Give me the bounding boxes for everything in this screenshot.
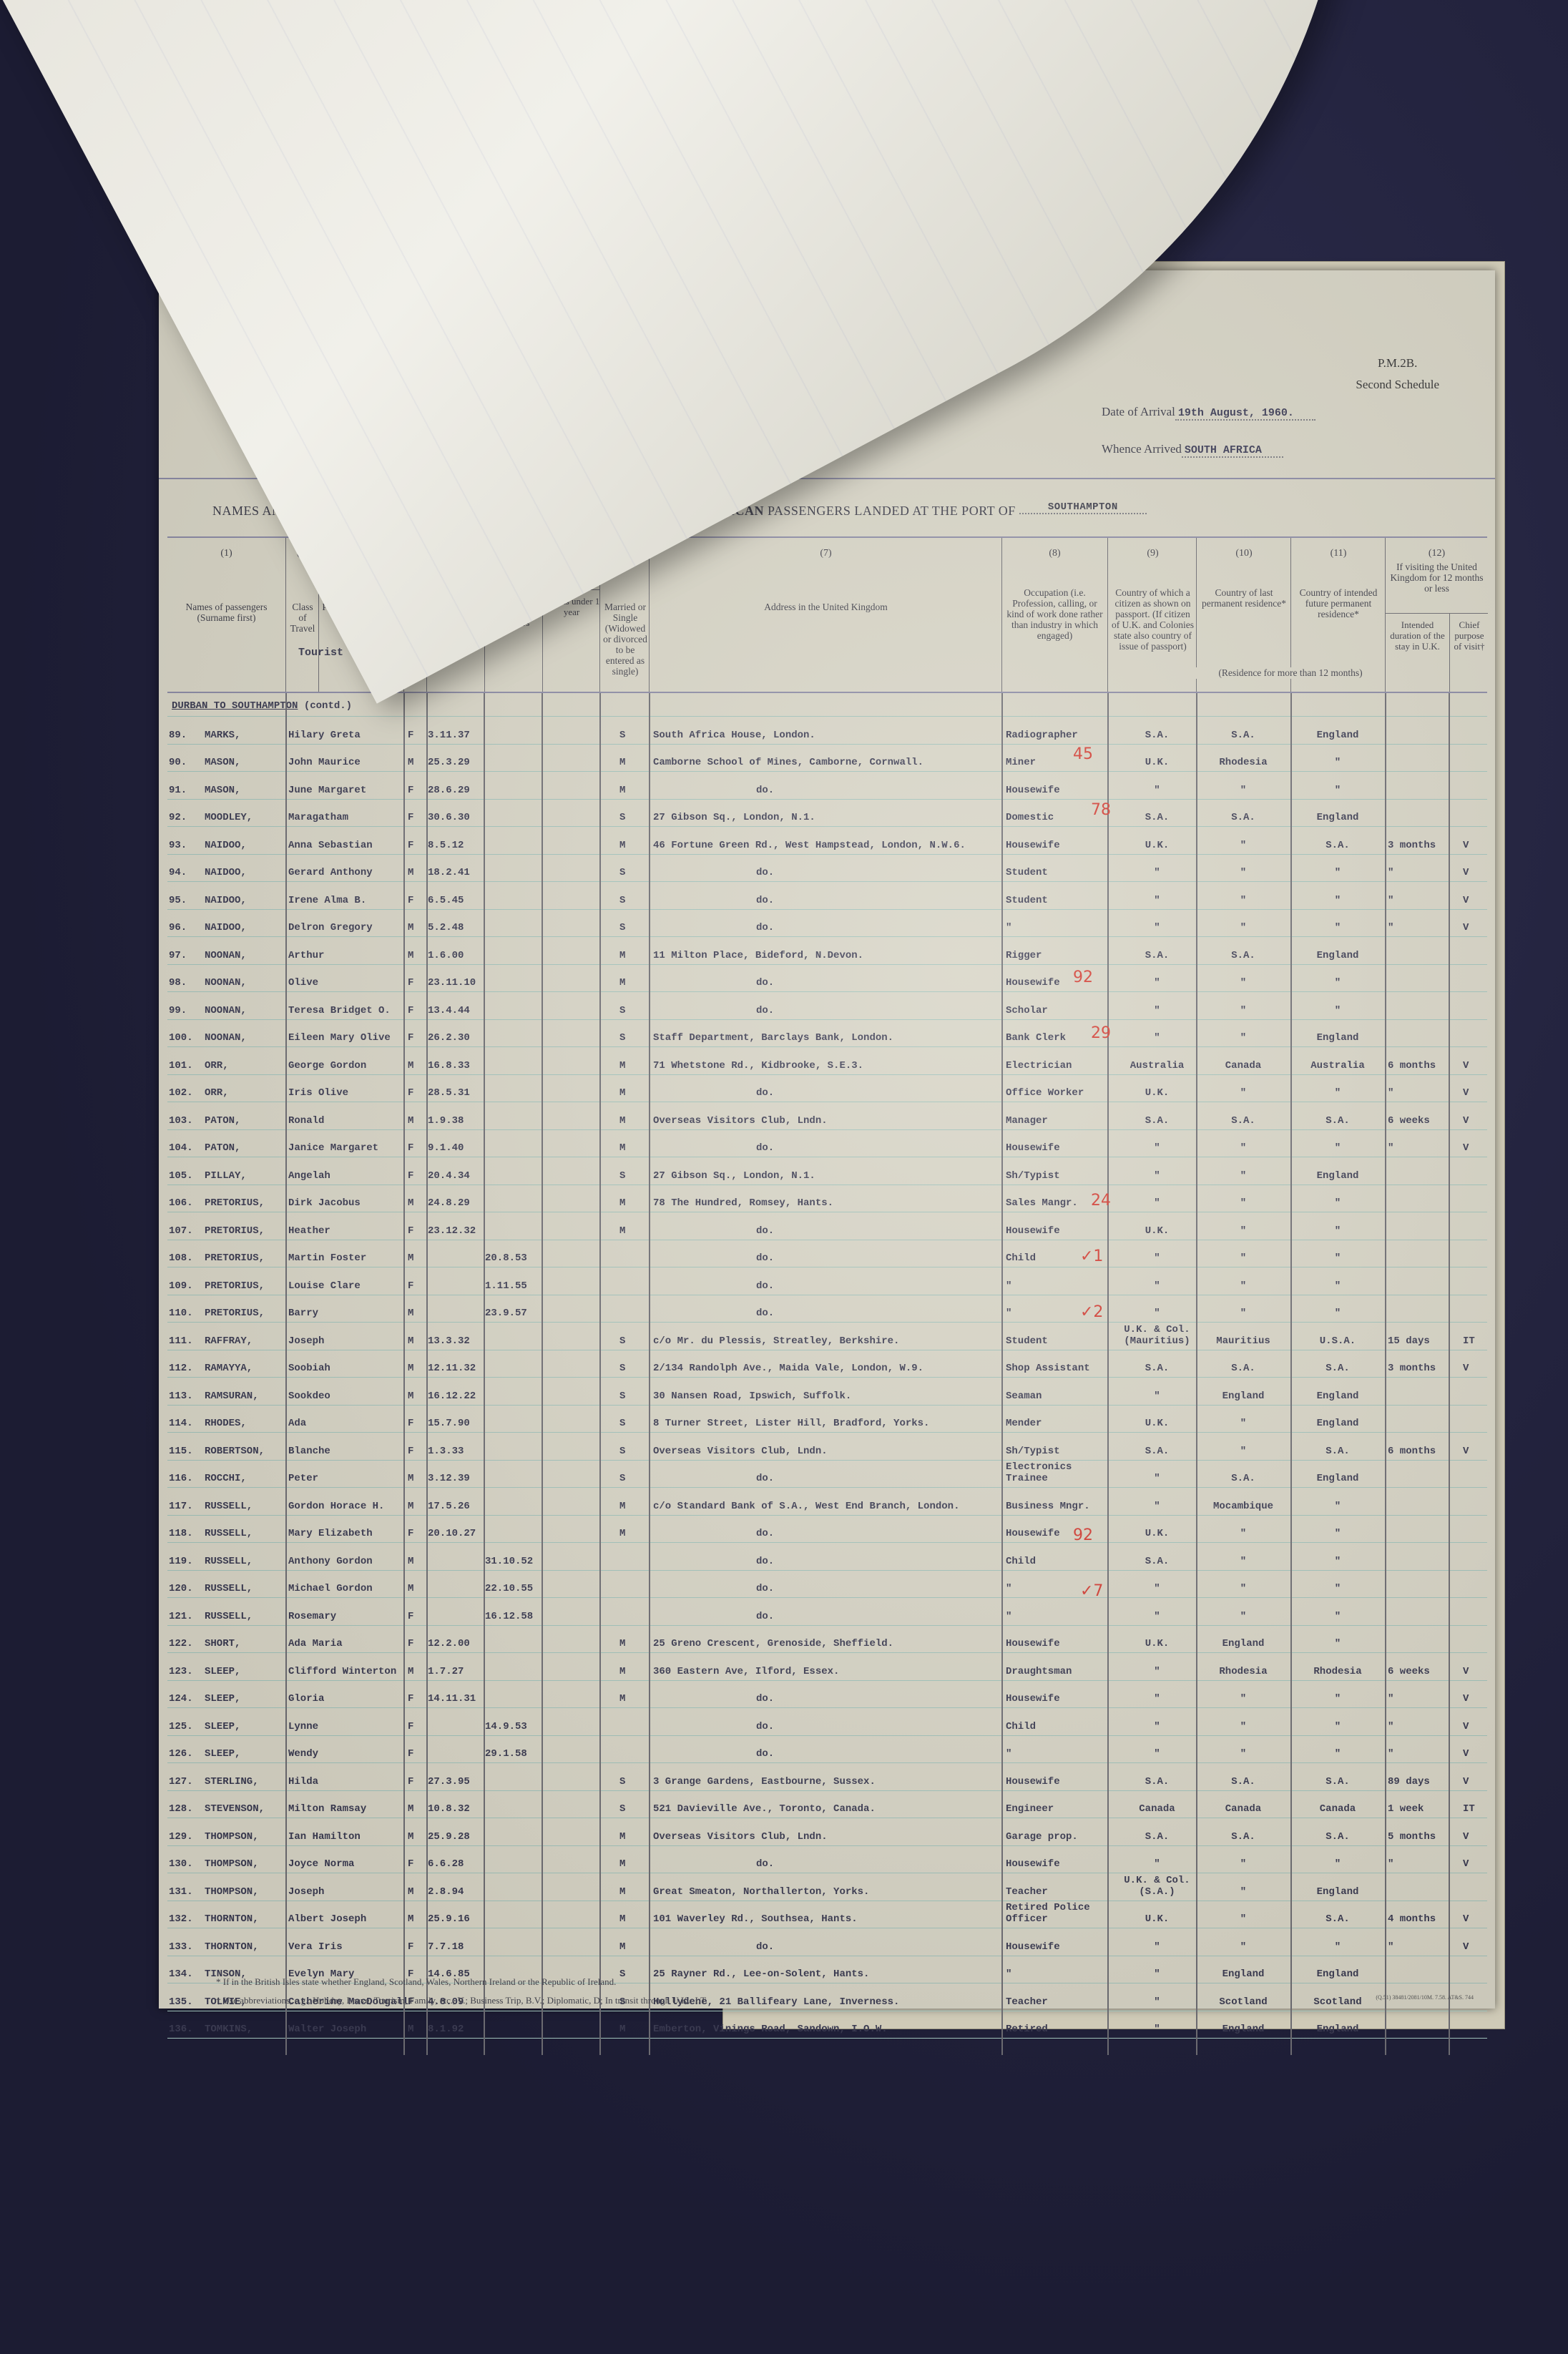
cell-future-res: S.A.: [1290, 1363, 1385, 1374]
cell-address: 11 Milton Place, Bideford, N.Devon.: [653, 950, 1000, 961]
cell-address: Overseas Visitors Club, Lndn.: [653, 1446, 1000, 1457]
cell-citizen: ": [1114, 1252, 1200, 1264]
cell-citizen: ": [1114, 1005, 1200, 1016]
cell-sex: F: [408, 1941, 413, 1953]
cell-status: S: [619, 895, 625, 906]
cell-future-res: England: [1290, 1391, 1385, 1402]
cell-last-res: Canada: [1196, 1803, 1290, 1815]
cell-sex: F: [408, 1170, 413, 1182]
cell-address: 71 Whetstone Rd., Kidbrooke, S.E.3.: [653, 1060, 1000, 1071]
cell-status: M: [619, 1087, 625, 1099]
cell-given: Hilary Greta: [288, 730, 361, 741]
cell-occupation: Mender: [1006, 1418, 1107, 1429]
cell-last-res: S.A.: [1196, 1776, 1290, 1787]
cell-adult: 5.2.48: [428, 922, 464, 933]
cell-address: 360 Eastern Ave, Ilford, Essex.: [653, 1666, 1000, 1677]
cell-occupation: Electrician: [1006, 1060, 1107, 1071]
table-body: DURBAN TO SOUTHAMPTON (contd.) 89.MARKS,…: [167, 693, 1487, 2039]
cell-occupation: Housewife: [1006, 1776, 1107, 1787]
cell-sex: F: [408, 840, 413, 851]
passenger-row: 101.ORR,George GordonM16.8.33M71 Whetsto…: [167, 1047, 1487, 1075]
cell-citizen: U.K.: [1114, 1087, 1200, 1099]
cell-surname: NAIDOO,: [205, 922, 247, 933]
cell-last-res: ": [1196, 785, 1290, 796]
cell-future-res: Rhodesia: [1290, 1666, 1385, 1677]
cell-no: 109.: [169, 1280, 193, 1292]
cell-citizen: ": [1114, 1197, 1200, 1209]
cell-citizen: U.K.: [1114, 1913, 1200, 1925]
passenger-row: 122.SHORT,Ada MariaF12.2.00M25 Greno Cre…: [167, 1626, 1487, 1654]
column-divider: [426, 693, 428, 2055]
cell-address: South Africa House, London.: [653, 730, 1000, 741]
cell-future-res: England: [1290, 1968, 1385, 1980]
passenger-row: 114.RHODES,AdaF15.7.90S8 Turner Street, …: [167, 1406, 1487, 1433]
cell-status: M: [619, 1528, 625, 1539]
cell-no: 133.: [169, 1941, 193, 1953]
cell-given: Anthony Gordon: [288, 1556, 373, 1567]
cell-given: Louise Clare: [288, 1280, 361, 1292]
cell-occupation: Rigger: [1006, 950, 1107, 961]
cell-given: Iris Olive: [288, 1087, 348, 1099]
cell-occupation: Electronics Trainee: [1006, 1461, 1107, 1484]
cell-duration: 1 week: [1388, 1803, 1449, 1815]
cell-adult: 1.6.00: [428, 950, 464, 961]
cell-adult: 16.12.22: [428, 1391, 476, 1402]
cell-citizen: S.A.: [1114, 1831, 1200, 1843]
cell-purpose: V: [1463, 1831, 1487, 1843]
cell-surname: NAIDOO,: [205, 867, 247, 878]
cell-status: S: [619, 922, 625, 933]
cell-citizen: U.K. & Col. (Mauritius): [1114, 1324, 1200, 1347]
cell-no: 135.: [169, 1996, 193, 2008]
cell-no: 124.: [169, 1693, 193, 1705]
passenger-row: 133.THORNTON,Vera IrisF7.7.18Mdo.Housewi…: [167, 1928, 1487, 1956]
cell-address: 3 Grange Gardens, Eastbourne, Sussex.: [653, 1776, 1000, 1787]
cell-status: M: [619, 1060, 625, 1071]
cell-duration: 15 days: [1388, 1335, 1449, 1347]
cell-last-res: ": [1196, 1748, 1290, 1760]
cell-sex: M: [408, 1886, 413, 1898]
cell-no: 134.: [169, 1968, 193, 1980]
cell-future-res: ": [1290, 785, 1385, 796]
column-divider: [1290, 693, 1292, 2055]
cell-sex: M: [408, 1501, 413, 1512]
cell-last-res: ": [1196, 1611, 1290, 1622]
cell-future-res: ": [1290, 977, 1385, 989]
cell-sex: M: [408, 1556, 413, 1567]
cell-given: Delron Gregory: [288, 922, 373, 933]
passenger-row: 128.STEVENSON,Milton RamsayM10.8.32S521 …: [167, 1791, 1487, 1819]
cell-occupation: ": [1006, 1280, 1107, 1292]
cell-status: M: [619, 2024, 625, 2035]
red-annotation: ✓2: [1080, 1303, 1103, 1321]
cell-status: M: [619, 1115, 625, 1127]
cell-future-res: ": [1290, 1721, 1385, 1732]
cell-child: 1.11.55: [485, 1280, 527, 1292]
cell-occupation: Draughtsman: [1006, 1666, 1107, 1677]
column-divider: [403, 693, 405, 2055]
cell-no: 121.: [169, 1611, 193, 1622]
cell-citizen: ": [1114, 1391, 1200, 1402]
cell-status: S: [619, 1170, 625, 1182]
cell-duration: ": [1388, 1693, 1449, 1705]
cell-future-res: ": [1290, 867, 1385, 878]
cell-future-res: ": [1290, 757, 1385, 768]
cell-purpose: V: [1463, 1115, 1487, 1127]
column-header-8: (8)Occupation (i.e. Profession, calling,…: [1001, 538, 1107, 692]
red-annotation: 92: [1073, 968, 1093, 986]
cell-purpose: V: [1463, 1666, 1487, 1677]
passenger-row: 129.THOMPSON,Ian HamiltonM25.9.28MOverse…: [167, 1818, 1487, 1846]
cell-future-res: England: [1290, 2024, 1385, 2035]
cell-sex: M: [408, 1363, 413, 1374]
cell-duration: 89 days: [1388, 1776, 1449, 1787]
cell-adult: 23.12.32: [428, 1225, 476, 1237]
cell-occupation: Housewife: [1006, 1225, 1107, 1237]
cell-future-res: S.A.: [1290, 1831, 1385, 1843]
cell-given: Heather: [288, 1225, 330, 1237]
cell-no: 117.: [169, 1501, 193, 1512]
passenger-row: 106.PRETORIUS,Dirk JacobusM24.8.29M78 Th…: [167, 1185, 1487, 1213]
cell-given: Vera Iris: [288, 1941, 343, 1953]
cell-duration: 3 months: [1388, 1363, 1449, 1374]
cell-last-res: ": [1196, 1308, 1290, 1319]
cell-future-res: S.A.: [1290, 1115, 1385, 1127]
cell-occupation: Teacher: [1006, 1996, 1107, 2008]
cell-adult: 1.9.38: [428, 1115, 464, 1127]
cell-given: Gerard Anthony: [288, 867, 373, 878]
cell-child: 22.10.55: [485, 1583, 533, 1594]
cell-sex: M: [408, 757, 413, 768]
cell-sex: F: [408, 1005, 413, 1016]
cell-surname: ROCCHI,: [205, 1473, 247, 1484]
cell-address: c/o Mr. du Plessis, Streatley, Berkshire…: [653, 1335, 1000, 1347]
passenger-row: 126.SLEEP,WendyF29.1.58do."""""V: [167, 1736, 1487, 1764]
cell-purpose: V: [1463, 867, 1487, 878]
cell-surname: PRETORIUS,: [205, 1197, 265, 1209]
cell-sex: M: [408, 1335, 413, 1347]
passenger-row: 112.RAMAYYA,SoobiahM12.11.32S2/134 Rando…: [167, 1350, 1487, 1378]
passenger-row: 90.MASON,John MauriceM25.3.29MCamborne S…: [167, 745, 1487, 773]
cell-status: M: [619, 840, 625, 851]
cell-given: Irene Alma B.: [288, 895, 366, 906]
cell-child: 20.8.53: [485, 1252, 527, 1264]
column-divider: [484, 693, 485, 2055]
cell-occupation: Scholar: [1006, 1005, 1107, 1016]
cell-surname: STERLING,: [205, 1776, 259, 1787]
cell-future-res: ": [1290, 1252, 1385, 1264]
cell-occupation: Garage prop.: [1006, 1831, 1107, 1843]
cell-purpose: V: [1463, 922, 1487, 933]
cell-sex: F: [408, 1638, 413, 1649]
cell-last-res: ": [1196, 1528, 1290, 1539]
cell-no: 107.: [169, 1225, 193, 1237]
cell-given: Barry: [288, 1308, 318, 1319]
cell-future-res: ": [1290, 1142, 1385, 1154]
cell-sex: M: [408, 1391, 413, 1402]
cell-last-res: ": [1196, 922, 1290, 933]
cell-status: S: [619, 1335, 625, 1347]
cell-last-res: ": [1196, 1886, 1290, 1898]
cell-address: 25 Greno Crescent, Grenoside, Sheffield.: [653, 1638, 1000, 1649]
cell-purpose: V: [1463, 1693, 1487, 1705]
cell-citizen: ": [1114, 1308, 1200, 1319]
cell-future-res: England: [1290, 1170, 1385, 1182]
cell-purpose: V: [1463, 1858, 1487, 1870]
cell-last-res: ": [1196, 1087, 1290, 1099]
cell-sex: M: [408, 1913, 413, 1925]
cell-child: 23.9.57: [485, 1308, 527, 1319]
cell-sex: M: [408, 1473, 413, 1484]
cell-purpose: V: [1463, 1721, 1487, 1732]
cell-status: S: [619, 1473, 625, 1484]
cell-duration: 5 months: [1388, 1831, 1449, 1843]
cell-sex: M: [408, 1197, 413, 1209]
cell-status: M: [619, 757, 625, 768]
cell-no: 103.: [169, 1115, 193, 1127]
cell-given: Soobiah: [288, 1363, 330, 1374]
cell-sex: M: [408, 1252, 413, 1264]
cell-adult: 8.1.92: [428, 2024, 464, 2035]
cell-citizen: S.A.: [1114, 1446, 1200, 1457]
cell-occupation: Student: [1006, 867, 1107, 878]
red-annotation: 78: [1091, 801, 1111, 819]
cell-status: M: [619, 1858, 625, 1870]
cell-status: M: [619, 1886, 625, 1898]
cell-purpose: V: [1463, 1060, 1487, 1071]
cell-surname: THOMPSON,: [205, 1886, 259, 1898]
cell-surname: STEVENSON,: [205, 1803, 265, 1815]
cell-citizen: U.K.: [1114, 757, 1200, 768]
cell-last-res: ": [1196, 1280, 1290, 1292]
cell-occupation: ": [1006, 922, 1107, 933]
passenger-row: 118.RUSSELL,Mary ElizabethF20.10.27Mdo.H…: [167, 1516, 1487, 1544]
cell-status: S: [619, 812, 625, 823]
cell-duration: 6 weeks: [1388, 1666, 1449, 1677]
cell-last-res: ": [1196, 1142, 1290, 1154]
cell-citizen: S.A.: [1114, 1556, 1200, 1567]
cell-address: Camborne School of Mines, Camborne, Corn…: [653, 757, 1000, 768]
cell-sex: F: [408, 1087, 413, 1099]
cell-given: Ian Hamilton: [288, 1831, 361, 1843]
cell-citizen: ": [1114, 867, 1200, 878]
cell-surname: PILLAY,: [205, 1170, 247, 1182]
cell-citizen: ": [1114, 1170, 1200, 1182]
cell-surname: RUSSELL,: [205, 1528, 253, 1539]
cell-sex: M: [408, 950, 413, 961]
column-divider: [1107, 693, 1109, 2055]
cell-citizen: ": [1114, 1142, 1200, 1154]
cell-last-res: England: [1196, 2024, 1290, 2035]
form-code: P.M.2B. Second Schedule: [1356, 353, 1439, 396]
cell-citizen: U.K. & Col. (S.A.): [1114, 1875, 1200, 1898]
passenger-row: 96.NAIDOO,Delron GregoryM5.2.48Sdo."""""…: [167, 910, 1487, 938]
cell-given: Gordon Horace H.: [288, 1501, 384, 1512]
cell-purpose: V: [1463, 1087, 1487, 1099]
cell-adult: 26.2.30: [428, 1032, 470, 1044]
cell-occupation: Housewife: [1006, 1858, 1107, 1870]
cell-sex: F: [408, 785, 413, 796]
cell-last-res: ": [1196, 840, 1290, 851]
cell-status: M: [619, 1197, 625, 1209]
cell-address: 27 Gibson Sq., London, N.1.: [653, 812, 1000, 823]
cell-status: S: [619, 1005, 625, 1016]
passenger-row: 97.NOONAN,ArthurM1.6.00M11 Milton Place,…: [167, 937, 1487, 965]
cell-sex: M: [408, 1115, 413, 1127]
passenger-row: 119.RUSSELL,Anthony GordonM31.10.52do.Ch…: [167, 1543, 1487, 1571]
cell-sex: F: [408, 1142, 413, 1154]
cell-adult: 10.8.32: [428, 1803, 470, 1815]
cell-adult: 7.7.18: [428, 1941, 464, 1953]
passenger-row: 130.THOMPSON,Joyce NormaF6.6.28Mdo.House…: [167, 1846, 1487, 1874]
cell-given: Walter Joseph: [288, 2024, 366, 2035]
cell-sex: F: [408, 1418, 413, 1429]
cell-future-res: England: [1290, 1418, 1385, 1429]
cell-citizen: U.K.: [1114, 1638, 1200, 1649]
cell-sex: F: [408, 1693, 413, 1705]
cell-future-res: England: [1290, 812, 1385, 823]
cell-citizen: Canada: [1114, 1803, 1200, 1815]
cell-future-res: ": [1290, 1858, 1385, 1870]
cell-last-res: ": [1196, 1170, 1290, 1182]
cell-occupation: Radiographer: [1006, 730, 1107, 741]
cell-status: M: [619, 1831, 625, 1843]
cell-last-res: ": [1196, 1693, 1290, 1705]
passenger-row: 110.PRETORIUS,BarryM23.9.57do."""": [167, 1295, 1487, 1323]
cell-sex: F: [408, 812, 413, 823]
cell-no: 131.: [169, 1886, 193, 1898]
cell-surname: THORNTON,: [205, 1941, 259, 1953]
cell-surname: PATON,: [205, 1115, 240, 1127]
cell-purpose: V: [1463, 1363, 1487, 1374]
cell-no: 119.: [169, 1556, 193, 1567]
cell-given: Angelah: [288, 1170, 330, 1182]
cell-last-res: ": [1196, 1583, 1290, 1594]
cell-surname: ROBERTSON,: [205, 1446, 265, 1457]
cell-given: Michael Gordon: [288, 1583, 373, 1594]
cell-surname: PATON,: [205, 1142, 240, 1154]
cell-future-res: England: [1290, 1032, 1385, 1044]
cell-occupation: Student: [1006, 895, 1107, 906]
subcolumn-header: Chief purpose of visit†: [1449, 614, 1489, 692]
red-annotation: 92: [1073, 1526, 1093, 1544]
arrival-date-field: Date of Arrival19th August, 1960.: [1102, 405, 1315, 419]
cell-no: 111.: [169, 1335, 193, 1347]
cell-citizen: Australia: [1114, 1060, 1200, 1071]
cell-given: Milton Ramsay: [288, 1803, 366, 1815]
cell-occupation: ": [1006, 1748, 1107, 1760]
cell-last-res: Rhodesia: [1196, 757, 1290, 768]
passenger-row: 107.PRETORIUS,HeatherF23.12.32Mdo.Housew…: [167, 1212, 1487, 1240]
cell-adult: 1.3.33: [428, 1446, 464, 1457]
cell-address: 30 Nansen Road, Ipswich, Suffolk.: [653, 1391, 1000, 1402]
cell-adult: 6.5.45: [428, 895, 464, 906]
cell-given: Rosemary: [288, 1611, 336, 1622]
cell-last-res: ": [1196, 1941, 1290, 1953]
cell-citizen: ": [1114, 977, 1200, 989]
passenger-row: 98.NOONAN,OliveF23.11.10Mdo.Housewife""": [167, 965, 1487, 993]
cell-citizen: ": [1114, 1721, 1200, 1732]
passenger-table: Tourist (1)Names of passengers (Surname …: [167, 536, 1487, 2039]
cell-address: Overseas Visitors Club, Lndn.: [653, 1831, 1000, 1843]
cell-status: M: [619, 1913, 625, 1925]
cell-given: Maragatham: [288, 812, 348, 823]
cell-occupation: Housewife: [1006, 785, 1107, 796]
passenger-row: 121.RUSSELL,RosemaryF16.12.58do."""": [167, 1598, 1487, 1626]
cell-future-res: England: [1290, 1886, 1385, 1898]
cell-occupation: Sh/Typist: [1006, 1446, 1107, 1457]
cell-no: 93.: [169, 840, 187, 851]
cell-adult: 27.3.95: [428, 1776, 470, 1787]
cell-future-res: S.A.: [1290, 1776, 1385, 1787]
cell-last-res: England: [1196, 1638, 1290, 1649]
cell-sex: M: [408, 1308, 413, 1319]
cell-sex: M: [408, 1666, 413, 1677]
cell-surname: SHORT,: [205, 1638, 240, 1649]
cell-given: Mary Elizabeth: [288, 1528, 373, 1539]
passenger-row: 120.RUSSELL,Michael GordonM22.10.55do.""…: [167, 1571, 1487, 1599]
cell-no: 99.: [169, 1005, 187, 1016]
cell-address: Emberton, Vinings Road, Sandown, I.O.W.: [653, 2024, 1000, 2035]
cell-occupation: ": [1006, 1611, 1107, 1622]
cell-status: M: [619, 1666, 625, 1677]
cell-sex: F: [408, 1721, 413, 1732]
cell-occupation: Office Worker: [1006, 1087, 1107, 1099]
cell-child: 29.1.58: [485, 1748, 527, 1760]
passenger-row: 131.THOMPSON,JosephM2.8.94MGreat Smeaton…: [167, 1873, 1487, 1901]
cell-future-res: ": [1290, 1611, 1385, 1622]
cell-child: 16.12.58: [485, 1611, 533, 1622]
cell-surname: MASON,: [205, 757, 240, 768]
cell-surname: NOONAN,: [205, 977, 247, 989]
cell-given: Wendy: [288, 1748, 318, 1760]
cell-duration: ": [1388, 1142, 1449, 1154]
cell-citizen: ": [1114, 1666, 1200, 1677]
cell-given: Joseph: [288, 1886, 324, 1898]
cell-purpose: V: [1463, 1913, 1487, 1925]
cell-duration: 6 months: [1388, 1060, 1449, 1071]
cell-citizen: ": [1114, 1748, 1200, 1760]
cell-sex: M: [408, 867, 413, 878]
cell-surname: ORR,: [205, 1087, 229, 1099]
cell-occupation: Child: [1006, 1721, 1107, 1732]
cell-last-res: Mauritius: [1196, 1335, 1290, 1347]
cell-duration: 3 months: [1388, 840, 1449, 851]
cell-given: Eileen Mary Olive: [288, 1032, 391, 1044]
cell-no: 97.: [169, 950, 187, 961]
cell-sex: F: [408, 895, 413, 906]
cell-future-res: ": [1290, 1583, 1385, 1594]
cell-future-res: ": [1290, 1005, 1385, 1016]
cell-future-res: S.A.: [1290, 840, 1385, 851]
cell-address: 2/134 Randolph Ave., Maida Vale, London,…: [653, 1363, 1000, 1374]
cell-occupation: Teacher: [1006, 1886, 1107, 1898]
cell-sex: F: [408, 1032, 413, 1044]
cell-no: 126.: [169, 1748, 193, 1760]
cell-surname: SLEEP,: [205, 1721, 240, 1732]
cell-last-res: S.A.: [1196, 1115, 1290, 1127]
cell-given: George Gordon: [288, 1060, 366, 1071]
cell-last-res: ": [1196, 1858, 1290, 1870]
cell-adult: 2.8.94: [428, 1886, 464, 1898]
cell-sex: F: [408, 1611, 413, 1622]
cell-future-res: S.A.: [1290, 1913, 1385, 1925]
cell-no: 120.: [169, 1583, 193, 1594]
cell-adult: 9.1.40: [428, 1142, 464, 1154]
passenger-row: 89.MARKS,Hilary GretaF3.11.37SSouth Afri…: [167, 717, 1487, 745]
cell-adult: 14.11.31: [428, 1693, 476, 1705]
cell-no: 104.: [169, 1142, 193, 1154]
